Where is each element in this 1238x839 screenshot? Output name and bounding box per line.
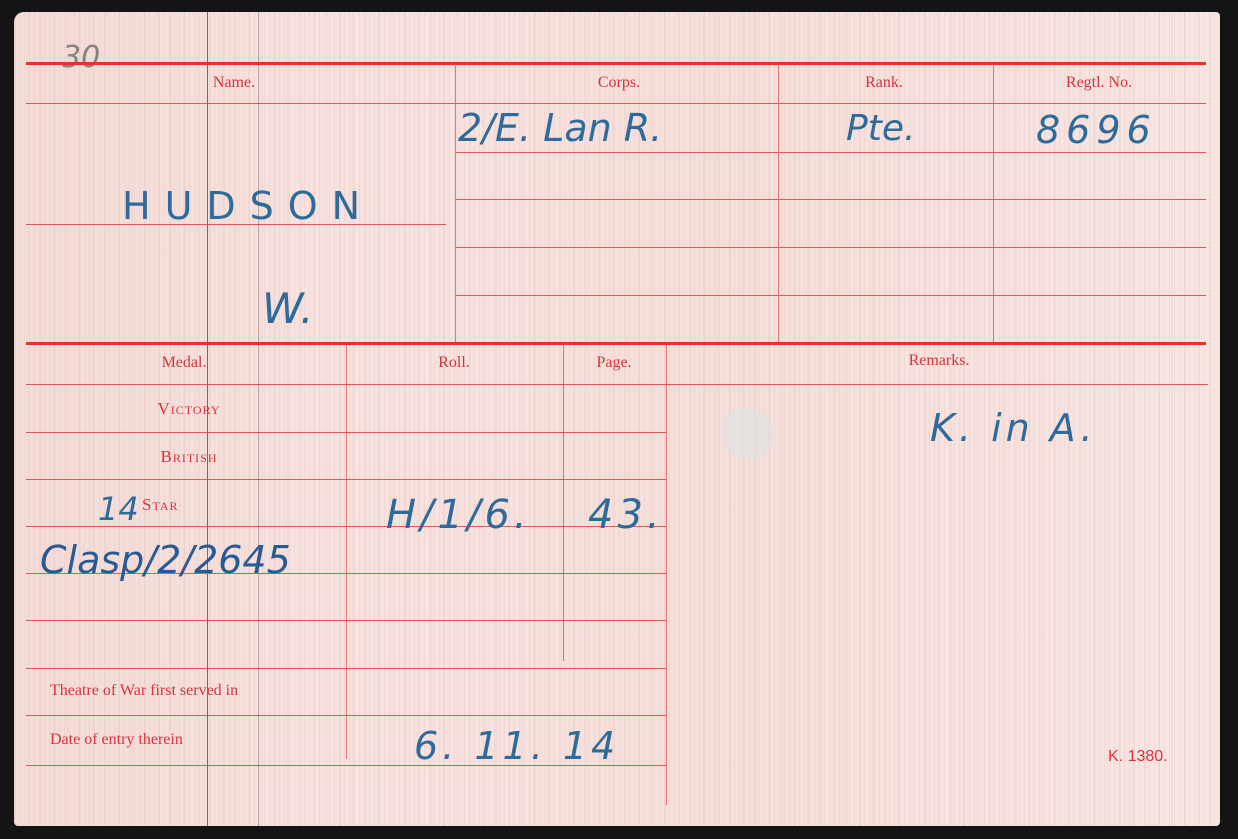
- col-divider: [455, 64, 456, 343]
- row-rule: [26, 715, 666, 716]
- paper-stain: [722, 408, 774, 460]
- form-number: K. 1380.: [1108, 748, 1168, 766]
- date-entry-value: 6. 11. 14: [414, 724, 619, 768]
- remarks-value: K. in A.: [930, 406, 1097, 450]
- pencil-mark: 30: [62, 40, 100, 75]
- regtl-no-value: 8696: [1036, 108, 1157, 152]
- scan-line: [207, 12, 208, 826]
- page-label: Page.: [574, 354, 654, 372]
- row-rule: [26, 432, 666, 433]
- mid-rule: [26, 342, 1206, 345]
- roll-label: Roll.: [394, 354, 514, 372]
- row-rule: [26, 620, 666, 621]
- star-roll-value: H/1/6.: [386, 492, 531, 538]
- medal-star: Star: [142, 495, 202, 515]
- star-page-value: 43.: [588, 492, 664, 538]
- col-divider: [993, 64, 994, 343]
- corps-label: Corps.: [544, 74, 694, 92]
- col-divider: [666, 345, 667, 805]
- name-label: Name.: [164, 74, 304, 92]
- medal-british: British: [114, 447, 264, 467]
- medal-index-card: 30 Name. Corps. Rank. Regtl. No. HUDSON …: [14, 12, 1220, 826]
- scan-line: [258, 12, 259, 826]
- star-prefix: 14: [98, 490, 139, 528]
- surname-value: HUDSON: [122, 184, 374, 228]
- col-divider: [346, 345, 347, 759]
- remarks-label: Remarks.: [874, 352, 1004, 370]
- rank-value: Pte.: [846, 108, 915, 149]
- row-rule: [456, 295, 1206, 296]
- row-rule: [26, 668, 666, 669]
- rank-label: Rank.: [814, 74, 954, 92]
- header-rule: [26, 384, 1208, 385]
- medal-label: Medal.: [124, 354, 244, 372]
- row-rule: [26, 479, 666, 480]
- header-rule: [26, 103, 1206, 104]
- col-divider: [778, 64, 779, 343]
- theatre-label: Theatre of War first served in: [50, 682, 238, 700]
- row-rule: [456, 247, 1206, 248]
- clasp-note: Clasp/2/2645: [40, 538, 291, 582]
- row-rule: [456, 199, 1206, 200]
- col-divider: [563, 345, 564, 661]
- date-entry-label: Date of entry therein: [50, 731, 183, 749]
- medal-victory: Victory: [114, 399, 264, 419]
- top-rule: [26, 62, 1206, 65]
- initial-value: W.: [262, 284, 313, 333]
- corps-value: 2/E. Lan R.: [458, 106, 662, 150]
- row-rule: [456, 152, 1206, 153]
- regtl-no-label: Regtl. No.: [1024, 74, 1174, 92]
